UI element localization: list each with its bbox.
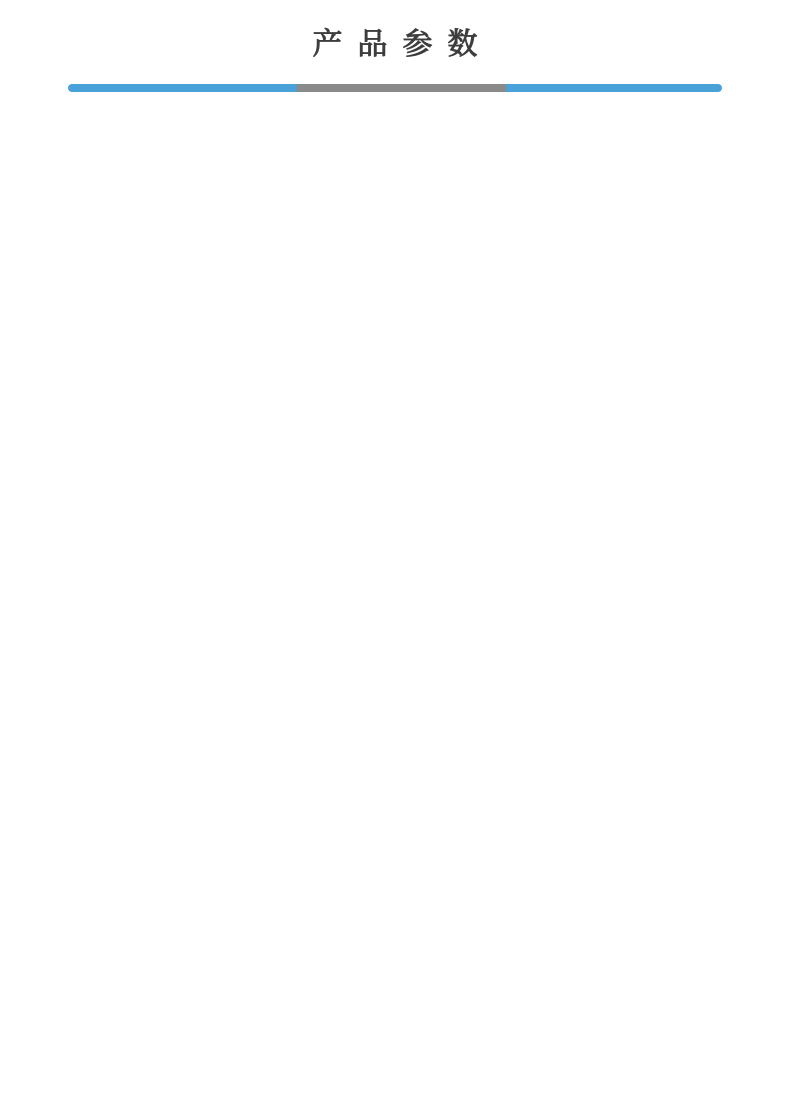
title-divider bbox=[68, 84, 722, 92]
divider-gray-segment bbox=[297, 84, 506, 92]
divider-blue-left-segment bbox=[68, 84, 297, 92]
divider-blue-right-segment bbox=[506, 84, 722, 92]
page-title: 产品参数 bbox=[0, 27, 790, 63]
